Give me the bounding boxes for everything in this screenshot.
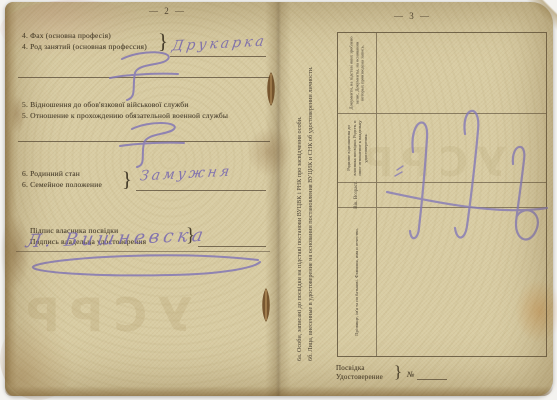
page-stack-edge-bottom [5, 386, 553, 396]
field6-label-uk: 6. Родинний стан [22, 169, 80, 178]
binding-stitch [258, 286, 274, 324]
left-page-number: — 2 — [149, 6, 186, 16]
field6-label-ru: 6. Семейное положение [22, 180, 102, 189]
footer-brace: } [394, 362, 402, 382]
col-header-name: Прізвище, ім'я та по батькові. Фамилия, … [338, 208, 377, 356]
rotated-note-ru: 6б. Лица, внесенные в удостоверение на о… [305, 29, 316, 361]
col-header-documents: Документи, на підставі яких зроблено зап… [338, 33, 377, 113]
col-header-age: Вік. Возраст. [338, 183, 377, 207]
rotated-note: 6а. Особи, записані до посвідки на підст… [294, 29, 316, 361]
rotated-note-uk: 6а. Особи, записані до посвідки на підст… [294, 29, 305, 361]
document-scan: УСРР УСРР — 2 — 4. Фах (основна професія… [0, 0, 557, 400]
page-stack-edge-left [5, 2, 17, 396]
field6-brace: } [122, 167, 132, 192]
binding-stitch [263, 70, 279, 108]
ruled-line [198, 246, 266, 247]
ruled-line [417, 379, 447, 380]
ink-flourish [100, 47, 195, 102]
right-page-number: — 3 — [394, 11, 431, 21]
field4-label-uk: 4. Фах (основна професія) [22, 31, 111, 40]
ruled-line [136, 190, 266, 191]
footer-number-sign: № [407, 370, 415, 379]
ink-flourish [112, 117, 202, 169]
footer-label-ru: Удостоверение [336, 373, 383, 381]
signature-flourish [22, 252, 267, 282]
handwritten-scribble [385, 100, 550, 260]
col-header-relation: Родинне відношення до власника посвідки.… [338, 114, 377, 182]
footer-label-uk: Посвідка [336, 364, 365, 372]
